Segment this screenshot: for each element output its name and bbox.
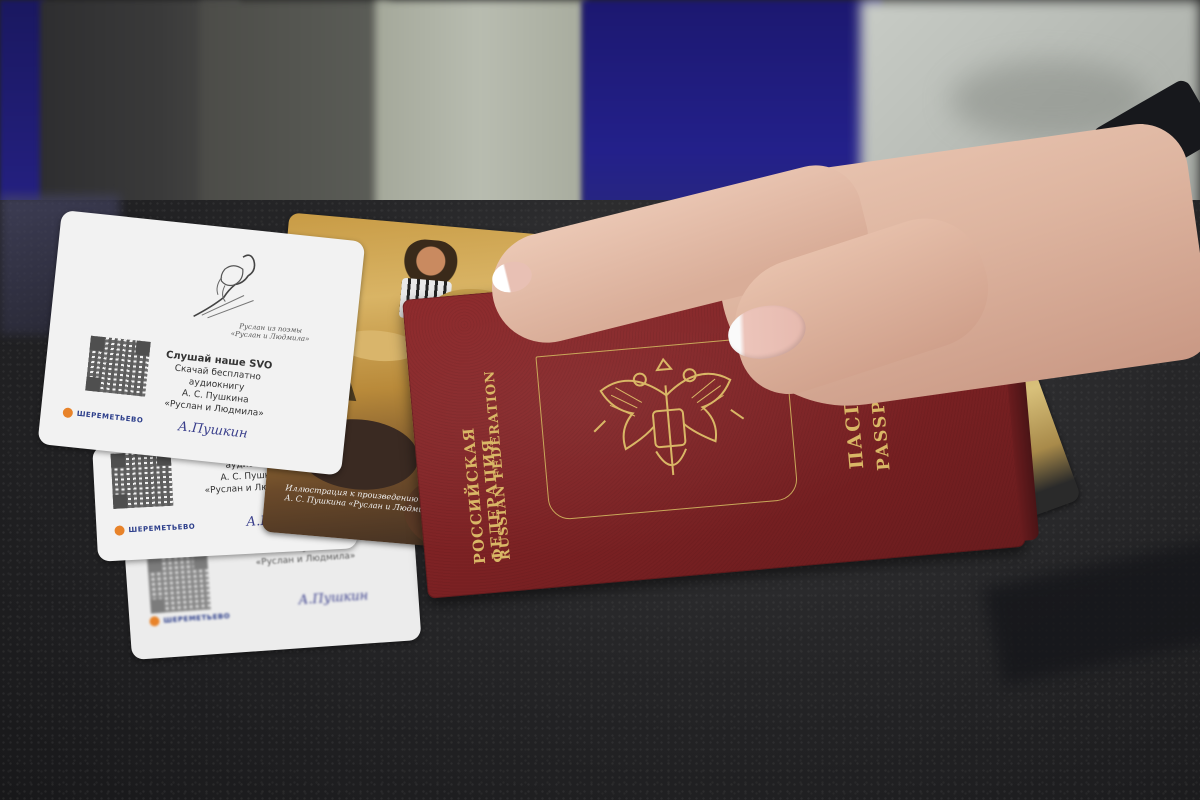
pushkin-signature: А.Пушкин <box>177 419 248 441</box>
sheremetyevo-logo: ШЕРЕМЕТЬЕВО <box>62 407 143 425</box>
background-blur-shape <box>950 60 1150 140</box>
logo-mark-icon <box>62 407 73 418</box>
promo-text: Слушай наше SVO Скачай бесплатно аудиокн… <box>154 349 280 421</box>
passport-title-en: PASSPORT <box>863 330 895 471</box>
russian-passport: РОССИЙСКАЯ ФЕДЕРАЦИЯ RUSSIAN FEDERATION … <box>402 248 1026 599</box>
portrait-caption: Руслан из поэмы «Руслан и Людмила» <box>225 321 316 343</box>
photo-scene: Иллюстрация к произведению А. С. Пушкина… <box>0 0 1200 800</box>
logo-mark-icon <box>114 525 125 536</box>
pushkin-signature: А.Пушкин <box>298 588 369 608</box>
promo-card-1: Руслан из поэмы «Руслан и Людмила» Слуша… <box>37 210 365 476</box>
sheremetyevo-logo: ШЕРЕМЕТЬЕВО <box>114 522 195 536</box>
logo-text: ШЕРЕМЕТЬЕВО <box>163 612 230 625</box>
logo-text: ШЕРЕМЕТЬЕВО <box>76 410 143 425</box>
sheremetyevo-logo: ШЕРЕМЕТЬЕВО <box>149 611 230 627</box>
logo-text: ШЕРЕМЕТЬЕВО <box>128 523 195 534</box>
double-headed-eagle-icon <box>578 348 760 502</box>
qr-code-icon <box>111 451 174 509</box>
qr-code-icon <box>147 555 211 614</box>
biometric-chip-icon <box>910 364 940 386</box>
qr-code-icon <box>85 336 150 397</box>
logo-mark-icon <box>149 616 160 627</box>
ruslan-portrait-icon <box>181 243 279 332</box>
